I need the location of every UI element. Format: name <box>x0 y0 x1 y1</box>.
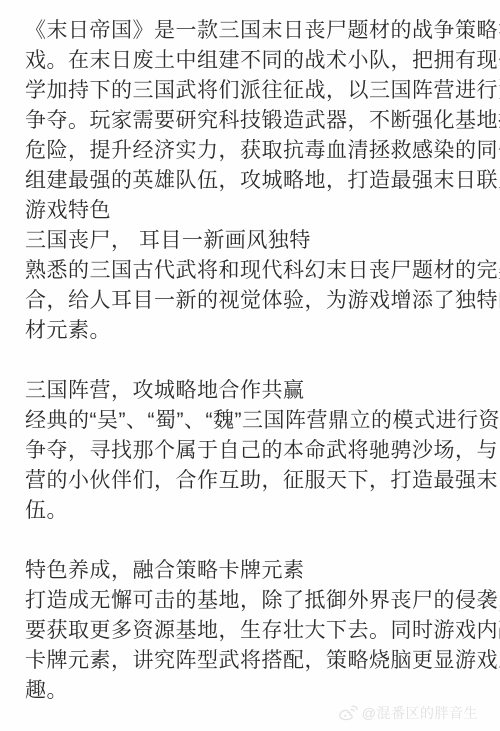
section-paragraph: 打造成无懈可击的基地，除了抵御外界丧尸的侵袭，更要获取更多资源基地，生存壮大下去… <box>25 586 482 706</box>
text-line: 伍。 <box>25 496 482 526</box>
text-line: 争夺，寻找那个属于自己的本命武将驰骋沙场，与同阵 <box>25 436 482 466</box>
text-line: 争夺。玩家需要研究科技锻造武器，不断强化基地抵御 <box>25 106 482 136</box>
weibo-icon <box>338 705 358 721</box>
section-paragraph: 经典的“吴”、“蜀”、“魏”三国阵营鼎立的模式进行资源争夺，寻找那个属于自己的本… <box>25 406 482 526</box>
article-page: 《末日帝国》是一款三国末日丧尸题材的战争策略游戏。在末日废土中组建不同的战术小队… <box>0 0 500 731</box>
text-line: 经典的“吴”、“蜀”、“魏”三国阵营鼎立的模式进行资源 <box>25 406 482 436</box>
article-body: 《末日帝国》是一款三国末日丧尸题材的战争策略游戏。在末日废土中组建不同的战术小队… <box>0 0 500 706</box>
section-title: 三国丧尸， 耳目一新画风独特 <box>25 226 482 256</box>
section-card-strategy: 特色养成，融合策略卡牌元素 打造成无懈可击的基地，除了抵御外界丧尸的侵袭，更要获… <box>25 556 482 706</box>
text-line: 打造成无懈可击的基地，除了抵御外界丧尸的侵袭，更 <box>25 586 482 616</box>
section-factions: 三国阵营，攻城略地合作共赢 经典的“吴”、“蜀”、“魏”三国阵营鼎立的模式进行资… <box>25 376 482 526</box>
text-line: 组建最强的英雄队伍，攻城略地，打造最强末日联盟。 <box>25 166 482 196</box>
section-title: 特色养成，融合策略卡牌元素 <box>25 556 482 586</box>
text-line: 戏。在末日废土中组建不同的战术小队，把拥有现代科 <box>25 46 482 76</box>
watermark-text: @混番区的胖音生 <box>362 703 478 723</box>
text-line: 要获取更多资源基地，生存壮大下去。同时游戏内融合 <box>25 616 482 646</box>
section-title: 三国阵营，攻城略地合作共赢 <box>25 376 482 406</box>
watermark: @混番区的胖音生 <box>338 703 478 723</box>
text-line: 营的小伙伴们，合作互助，征服天下，打造最强末日队 <box>25 466 482 496</box>
text-line: 卡牌元素，讲究阵型武将搭配，策略烧脑更显游戏乐 <box>25 646 482 676</box>
text-line: 熟悉的三国古代武将和现代科幻末日丧尸题材的完美融 <box>25 256 482 286</box>
text-line: 合，给人耳目一新的视觉体验，为游戏增添了独特的题 <box>25 286 482 316</box>
text-line: 《末日帝国》是一款三国末日丧尸题材的战争策略游 <box>25 16 482 46</box>
text-line: 学加持下的三国武将们派往征战，以三国阵营进行资源 <box>25 76 482 106</box>
section-paragraph: 熟悉的三国古代武将和现代科幻末日丧尸题材的完美融合，给人耳目一新的视觉体验，为游… <box>25 256 482 346</box>
intro-paragraph: 《末日帝国》是一款三国末日丧尸题材的战争策略游戏。在末日废土中组建不同的战术小队… <box>25 16 482 196</box>
text-line: 危险，提升经济实力，获取抗毒血清拯救感染的同伴。 <box>25 136 482 166</box>
text-line: 趣。 <box>25 676 482 706</box>
features-heading: 游戏特色 <box>25 196 482 226</box>
section-art-style: 三国丧尸， 耳目一新画风独特 熟悉的三国古代武将和现代科幻末日丧尸题材的完美融合… <box>25 226 482 346</box>
text-line: 材元素。 <box>25 316 482 346</box>
